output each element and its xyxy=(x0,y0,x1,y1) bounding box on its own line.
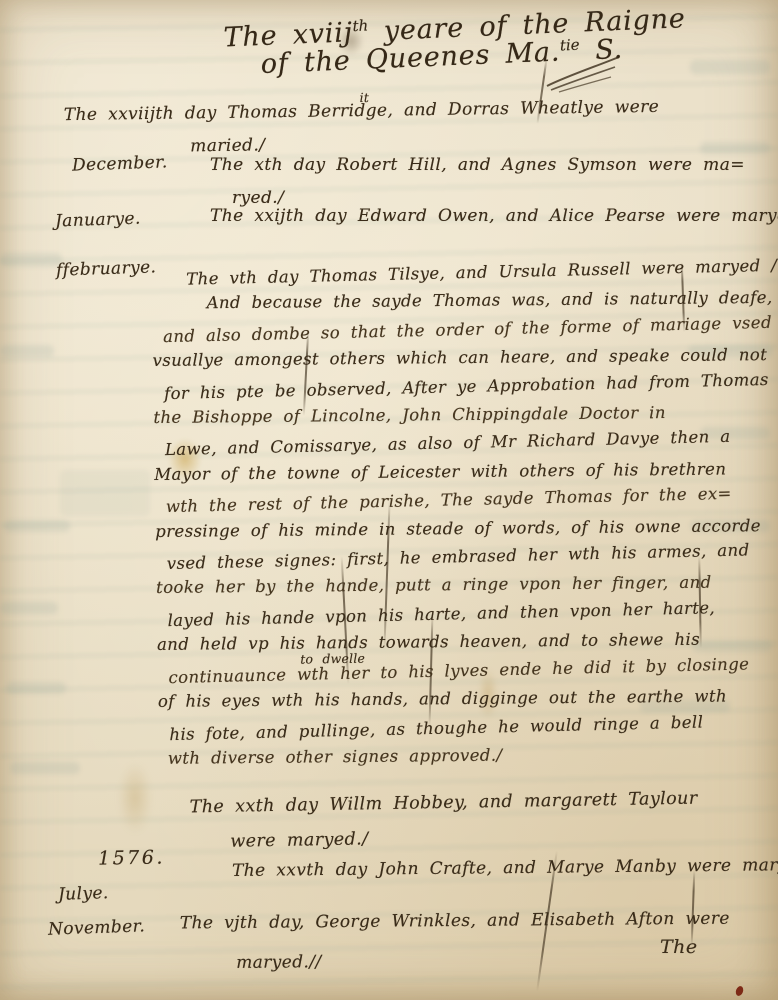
entry-hobbey-taylour: The xxth day Willm Hobbey, and margarett… xyxy=(189,782,698,861)
margin-note-februarye: ffebruarye. xyxy=(56,257,157,280)
manuscript-line: The xxvth day John Crafte, and Marye Man… xyxy=(232,855,778,881)
manuscript-line: maryed.// xyxy=(236,939,730,983)
entry-owen-pearse: The xxijth day Edward Owen, and Alice Pe… xyxy=(210,206,778,226)
show-through-mark xyxy=(10,762,80,774)
catchword: The xyxy=(660,936,698,958)
show-through-mark xyxy=(0,253,62,267)
entry-wrinkles-afton: The vjth day, George Wrinkles, and Elisa… xyxy=(180,899,731,984)
title-ordinal-superscript: th xyxy=(352,17,368,36)
manuscript-line: The vjth day, George Wrinkles, and Elisa… xyxy=(180,899,730,944)
show-through-mark xyxy=(60,470,150,516)
margin-note-januarye: Januarye. xyxy=(55,209,141,232)
manuscript-line: were maryed./ xyxy=(230,817,698,860)
manuscript-page: The xviijth yeare of the Raigne of the Q… xyxy=(0,0,778,1000)
show-through-mark xyxy=(4,520,70,532)
interlinear-insertion: it xyxy=(359,81,369,114)
show-through-mark xyxy=(0,345,54,357)
margin-note-year-1576: 1576. xyxy=(98,846,165,869)
wax-speck xyxy=(735,985,745,997)
show-through-mark xyxy=(6,682,66,694)
entry-tilsye-russell: to dwelle The vth day Thomas Tilsye, and… xyxy=(144,254,778,775)
margin-note-november: November. xyxy=(48,916,146,939)
manuscript-line: The xxijth day Edward Owen, and Alice Pe… xyxy=(210,206,778,226)
manuscript-line: The xth day Robert Hill, and Agnes Symso… xyxy=(210,149,745,182)
ink-stain xyxy=(118,762,152,834)
pen-flourish-icon xyxy=(545,52,623,94)
show-through-mark xyxy=(690,60,770,74)
margin-note-julye: Julye. xyxy=(58,883,109,905)
manuscript-line: wth diverse other signes approved./ xyxy=(168,739,778,773)
page-title: The xviijth yeare of the Raigne of the Q… xyxy=(195,0,757,82)
show-through-mark xyxy=(0,602,58,614)
entry-crafte-manby: The xxvth day John Crafte, and Marye Man… xyxy=(232,855,778,881)
